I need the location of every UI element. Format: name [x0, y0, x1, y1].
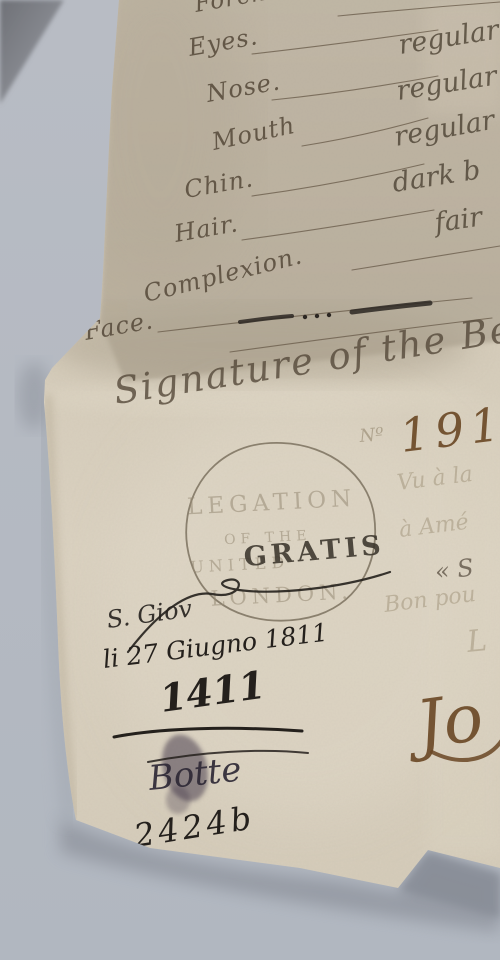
faint-line-3: « S [433, 553, 475, 586]
no-label: Nº [358, 424, 385, 447]
face-line-dot [315, 314, 319, 318]
face-line-dot [303, 315, 307, 319]
document-photo-canvas: Forehead Eyes. regular Nose. regular Mou… [0, 0, 500, 960]
photo-of-passport-document: Forehead Eyes. regular Nose. regular Mou… [0, 0, 500, 960]
faint-line-5: L [464, 623, 488, 660]
face-line-dot [327, 313, 331, 317]
